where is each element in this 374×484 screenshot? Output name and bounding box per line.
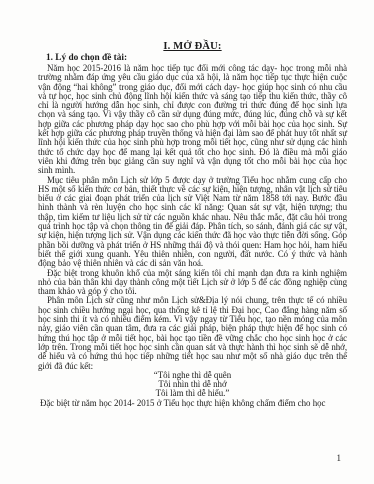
subsection-heading: 1. Lý do chọn đề tài: bbox=[38, 53, 347, 63]
page-title-text: I. MỞ ĐẦU: bbox=[163, 41, 221, 52]
paragraph: Năm học 2015-2016 là năm học tiếp tục đổ… bbox=[38, 64, 347, 176]
closing-paragraph: Đặc biệt từ năm học 2014- 2015 ở Tiểu họ… bbox=[38, 399, 347, 408]
paragraph: Mục tiêu phân môn Lịch sử lớp 5 được dạy… bbox=[38, 176, 347, 269]
page-number: 1 bbox=[337, 453, 342, 463]
page-title: I. MỞ ĐẦU: bbox=[38, 41, 347, 52]
document-content: I. MỞ ĐẦU: 1. Lý do chọn đề tài: Năm học… bbox=[38, 41, 347, 408]
document-page: I. MỞ ĐẦU: 1. Lý do chọn đề tài: Năm học… bbox=[0, 0, 374, 484]
quote-block: “Tôi nghe thì dễ quên Tôi nhìn thì dễ nh… bbox=[38, 371, 347, 399]
paragraph: Đặc biệt trong khuôn khổ của một sáng ki… bbox=[38, 269, 347, 297]
paragraph: Phân môn Lịch sử cũng như môn Lịch sử&Đị… bbox=[38, 296, 347, 370]
